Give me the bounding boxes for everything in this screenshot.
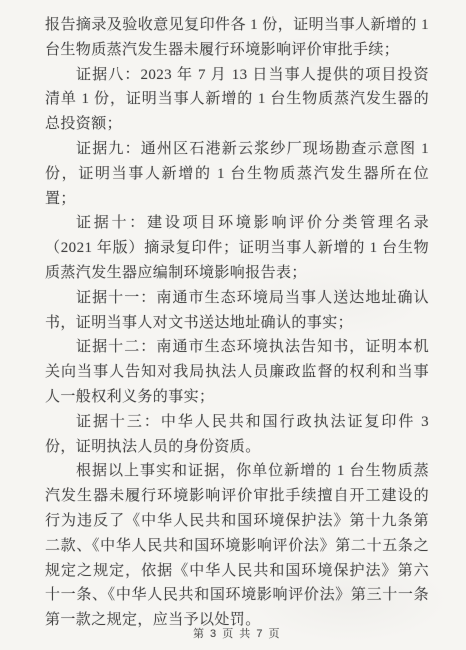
paragraph-continuation: 报告摘录及验收意见复印件各 1 份，证明当事人新增的 1 台生物质蒸汽发生器未履…: [45, 13, 429, 63]
page-number: 第 3 页 共 7 页: [193, 628, 281, 640]
document-body: 报告摘录及验收意见复印件各 1 份，证明当事人新增的 1 台生物质蒸汽发生器未履…: [45, 13, 429, 633]
page-footer: 第 3 页 共 7 页: [45, 624, 429, 642]
paragraph-evidence-11: 证据十一：南通市生态环境局当事人送达地址确认书，证明当事人对文书送达地址确认的事…: [45, 286, 429, 336]
paragraph-evidence-9: 证据九：通州区石港新云浆纱厂现场勘查示意图 1 份，证明当事人新增的 1 台生物…: [45, 137, 429, 211]
paragraph-conclusion: 根据以上事实和证据，你单位新增的 1 台生物质蒸汽发生器未履行环境影响评价审批手…: [45, 459, 429, 633]
paragraph-evidence-8: 证据八：2023 年 7 月 13 日当事人提供的项目投资清单 1 份，证明当事…: [45, 63, 429, 137]
paragraph-evidence-13: 证据十三：中华人民共和国行政执法证复印件 3 份，证明执法人员的身份资质。: [45, 410, 429, 460]
paragraph-evidence-10: 证据十：建设项目环境影响评价分类管理名录（2021 年版）摘录复印件；证明当事人…: [45, 211, 429, 285]
paragraph-evidence-12: 证据十二：南通市生态环境执法告知书，证明本机关向当事人告知对我局执法人员廉政监督…: [45, 335, 429, 409]
